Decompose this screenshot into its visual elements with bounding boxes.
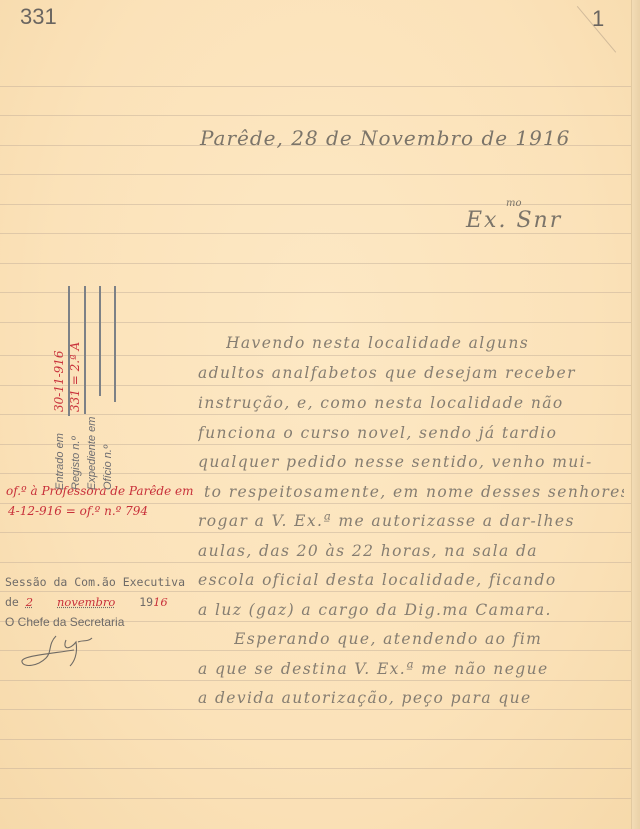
ruled-line xyxy=(0,798,632,799)
ruled-line xyxy=(0,532,632,533)
place-date: Parêde, 28 de Novembro de 1916 xyxy=(200,126,570,150)
salutation: Ex. Snr xyxy=(466,208,562,233)
page-number: 1 xyxy=(592,6,604,32)
margin-note-line-2: 4-12-916 = of.º n.º 794 xyxy=(8,504,148,518)
stamp-value-registo: 331 = 2.ª A xyxy=(68,342,82,412)
body-line: a luz (gaz) a cargo da Dig.ma Camara. xyxy=(198,601,618,619)
body-line: a que se destina V. Ex.ª me não negue xyxy=(198,660,618,678)
ruled-line xyxy=(0,768,632,769)
body-line: instrução, e, como nesta localidade não xyxy=(198,394,618,412)
stamp-label-entrado: Entrado em xyxy=(54,433,66,490)
body-line: Havendo nesta localidade alguns xyxy=(226,334,626,352)
body-line: qualquer pedido nesse sentido, venho mui… xyxy=(198,453,618,471)
stamp-line xyxy=(84,286,86,414)
stamp-line xyxy=(99,286,101,396)
session-year-prefix: 19 xyxy=(139,595,153,609)
ruled-line xyxy=(0,174,632,175)
body-line: rogar a V. Ex.ª me autorizasse a dar-lhe… xyxy=(198,512,618,530)
margin-note-line-1: of.º à Professora de Parêde em xyxy=(6,484,194,498)
document-page: 331 1 Parêde, 28 de Novembro de 1916 mo … xyxy=(0,0,640,829)
body-line: a devida autorização, peço para que xyxy=(198,689,618,707)
signature-icon xyxy=(18,632,98,672)
stamp-value-entrado: 30-11-916 xyxy=(52,350,66,412)
body-line: escola oficial desta localidade, ficando xyxy=(198,571,618,589)
ruled-line xyxy=(0,115,632,116)
session-year-suffix: 16 xyxy=(153,595,168,609)
session-date-prefix: de xyxy=(5,595,19,609)
session-title: Sessão da Com.ão Executiva xyxy=(5,572,185,592)
session-stamp: Sessão da Com.ão Executiva de 2 novembro… xyxy=(5,572,185,632)
body-line: aulas, das 20 às 22 horas, na sala da xyxy=(198,542,618,560)
body-line: to respeitosamente, em nome desses senho… xyxy=(204,483,624,501)
session-chief: O Chefe da Secretaria xyxy=(5,612,185,632)
ruled-line xyxy=(0,709,632,710)
registry-stamp: Entrado em Registo n.º Expediente em Ofí… xyxy=(62,300,122,480)
ruled-line xyxy=(0,680,632,681)
ruled-line xyxy=(0,263,632,264)
body-line: funciona o curso novel, sendo já tardio xyxy=(198,424,618,442)
ruled-line xyxy=(0,86,632,87)
folio-number: 331 xyxy=(20,4,57,30)
page-edge xyxy=(631,0,640,829)
ruled-line xyxy=(0,233,632,234)
stamp-line xyxy=(114,286,116,402)
stamp-label-registo: Registo n.º xyxy=(70,436,82,490)
session-day: 2 xyxy=(26,595,33,609)
body-line: Esperando que, atendendo ao fim xyxy=(234,630,624,648)
ruled-line xyxy=(0,739,632,740)
session-date-row: de 2 novembro 1916 xyxy=(5,592,185,612)
stamp-label-expediente: Expediente em xyxy=(86,417,98,490)
ruled-line xyxy=(0,292,632,293)
session-month: novembro xyxy=(57,595,115,609)
ruled-line xyxy=(0,562,632,563)
body-line: adultos analfabetos que desejam receber xyxy=(198,364,618,382)
ruled-line xyxy=(0,204,632,205)
